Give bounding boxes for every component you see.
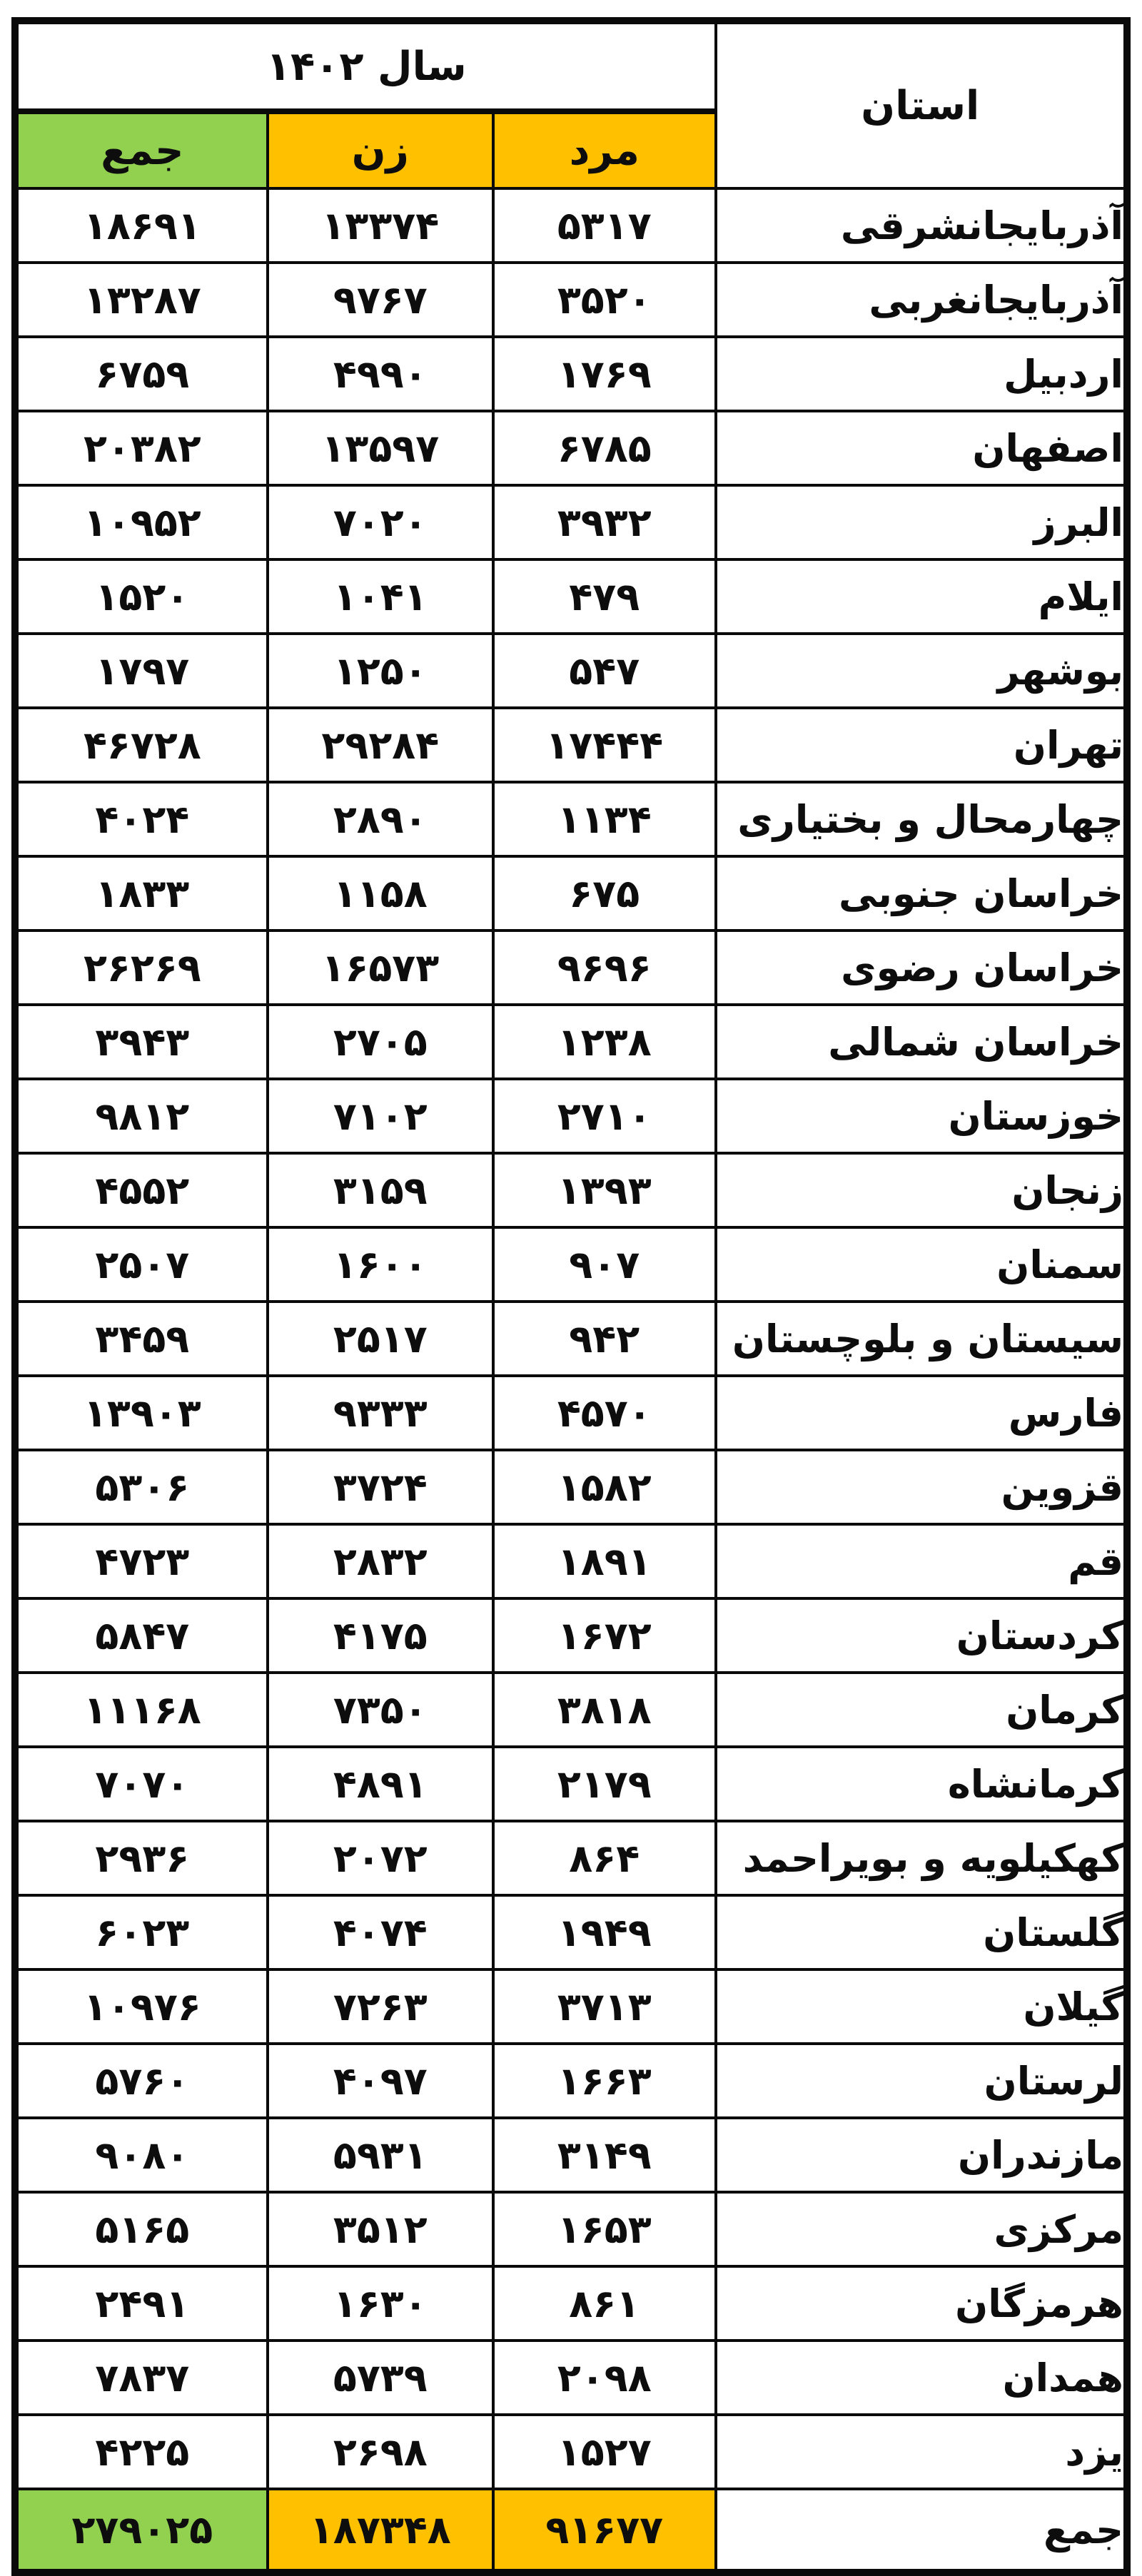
women-cell: ۲۸۳۲ <box>268 1524 493 1598</box>
total-column-header: جمع <box>15 111 268 188</box>
men-cell: ۵۴۷ <box>493 634 716 708</box>
women-cell: ۴۱۷۵ <box>268 1598 493 1673</box>
women-cell: ۱۲۵۰ <box>268 634 493 708</box>
women-cell: ۷۲۶۳ <box>268 1969 493 2044</box>
table-row: لرستان ۱۶۶۳ ۴۰۹۷ ۵۷۶۰ <box>15 2044 1127 2118</box>
table-row: ایلام ۴۷۹ ۱۰۴۱ ۱۵۲۰ <box>15 559 1127 634</box>
province-cell: چهارمحال و بختیاری <box>716 782 1127 856</box>
table-row: کرمانشاه ۲۱۷۹ ۴۸۹۱ ۷۰۷۰ <box>15 1747 1127 1821</box>
table-row: چهارمحال و بختیاری ۱۱۳۴ ۲۸۹۰ ۴۰۲۴ <box>15 782 1127 856</box>
table-row: بوشهر ۵۴۷ ۱۲۵۰ ۱۷۹۷ <box>15 634 1127 708</box>
total-cell: ۱۳۲۸۷ <box>15 263 268 337</box>
grand-total-cell: ۲۷۹۰۲۵ <box>15 2489 268 2572</box>
women-column-header: زن <box>268 111 493 188</box>
women-cell: ۲۷۰۵ <box>268 1005 493 1079</box>
women-cell: ۱۶۵۷۳ <box>268 930 493 1005</box>
table-row: کردستان ۱۶۷۲ ۴۱۷۵ ۵۸۴۷ <box>15 1598 1127 1673</box>
total-cell: ۳۴۵۹ <box>15 1302 268 1376</box>
women-cell: ۱۳۳۷۴ <box>268 188 493 263</box>
men-cell: ۱۵۸۲ <box>493 1450 716 1524</box>
men-cell: ۸۶۱ <box>493 2266 716 2341</box>
province-cell: آذربایجانغربی <box>716 263 1127 337</box>
table-row: کرمان ۳۸۱۸ ۷۳۵۰ ۱۱۱۶۸ <box>15 1673 1127 1747</box>
women-cell: ۴۰۷۴ <box>268 1895 493 1969</box>
table-row: مرکزی ۱۶۵۳ ۳۵۱۲ ۵۱۶۵ <box>15 2192 1127 2266</box>
total-cell: ۷۰۷۰ <box>15 1747 268 1821</box>
table-row: قم ۱۸۹۱ ۲۸۳۲ ۴۷۲۳ <box>15 1524 1127 1598</box>
total-cell: ۱۵۲۰ <box>15 559 268 634</box>
table-row: خراسان رضوی ۹۶۹۶ ۱۶۵۷۳ ۲۶۲۶۹ <box>15 930 1127 1005</box>
province-column-header: استان <box>716 21 1127 188</box>
women-cell: ۱۶۳۰ <box>268 2266 493 2341</box>
province-cell: یزد <box>716 2415 1127 2489</box>
women-cell: ۲۵۱۷ <box>268 1302 493 1376</box>
women-cell: ۴۸۹۱ <box>268 1747 493 1821</box>
men-column-header: مرد <box>493 111 716 188</box>
total-cell: ۴۶۷۲۸ <box>15 708 268 782</box>
total-cell: ۱۳۹۰۳ <box>15 1376 268 1450</box>
men-cell: ۹۴۲ <box>493 1302 716 1376</box>
total-cell: ۲۶۲۶۹ <box>15 930 268 1005</box>
table-row: سمنان ۹۰۷ ۱۶۰۰ ۲۵۰۷ <box>15 1227 1127 1302</box>
men-cell: ۳۱۴۹ <box>493 2118 716 2192</box>
table-body: آذربایجانشرقی ۵۳۱۷ ۱۳۳۷۴ ۱۸۶۹۱ آذربایجان… <box>15 188 1127 2489</box>
province-cell: کرمانشاه <box>716 1747 1127 1821</box>
table-row: کهکیلویه و بویراحمد ۸۶۴ ۲۰۷۲ ۲۹۳۶ <box>15 1821 1127 1895</box>
province-cell: همدان <box>716 2341 1127 2415</box>
women-cell: ۱۶۰۰ <box>268 1227 493 1302</box>
total-cell: ۴۵۵۲ <box>15 1153 268 1227</box>
women-cell: ۷۰۲۰ <box>268 485 493 559</box>
men-cell: ۱۳۹۳ <box>493 1153 716 1227</box>
province-cell: ایلام <box>716 559 1127 634</box>
province-cell: آذربایجانشرقی <box>716 188 1127 263</box>
table-row: تهران ۱۷۴۴۴ ۲۹۲۸۴ ۴۶۷۲۸ <box>15 708 1127 782</box>
women-total-cell: ۱۸۷۳۴۸ <box>268 2489 493 2572</box>
women-cell: ۵۷۳۹ <box>268 2341 493 2415</box>
province-cell: هرمزگان <box>716 2266 1127 2341</box>
women-cell: ۲۰۷۲ <box>268 1821 493 1895</box>
province-cell: خوزستان <box>716 1079 1127 1153</box>
province-cell: اصفهان <box>716 411 1127 485</box>
table-row: اصفهان ۶۷۸۵ ۱۳۵۹۷ ۲۰۳۸۲ <box>15 411 1127 485</box>
total-cell: ۱۸۳۳ <box>15 856 268 930</box>
women-cell: ۵۹۳۱ <box>268 2118 493 2192</box>
table-row: قزوین ۱۵۸۲ ۳۷۲۴ ۵۳۰۶ <box>15 1450 1127 1524</box>
province-cell: تهران <box>716 708 1127 782</box>
table-row: مازندران ۳۱۴۹ ۵۹۳۱ ۹۰۸۰ <box>15 2118 1127 2192</box>
women-cell: ۹۳۳۳ <box>268 1376 493 1450</box>
table-row: البرز ۳۹۳۲ ۷۰۲۰ ۱۰۹۵۲ <box>15 485 1127 559</box>
province-cell: گیلان <box>716 1969 1127 2044</box>
men-cell: ۱۲۳۸ <box>493 1005 716 1079</box>
table-row: خراسان جنوبی ۶۷۵ ۱۱۵۸ ۱۸۳۳ <box>15 856 1127 930</box>
province-cell: سمنان <box>716 1227 1127 1302</box>
table-row: اردبیل ۱۷۶۹ ۴۹۹۰ ۶۷۵۹ <box>15 337 1127 411</box>
total-cell: ۵۷۶۰ <box>15 2044 268 2118</box>
women-cell: ۳۷۲۴ <box>268 1450 493 1524</box>
men-cell: ۳۵۲۰ <box>493 263 716 337</box>
women-cell: ۷۳۵۰ <box>268 1673 493 1747</box>
table-row: آذربایجانشرقی ۵۳۱۷ ۱۳۳۷۴ ۱۸۶۹۱ <box>15 188 1127 263</box>
men-cell: ۵۳۱۷ <box>493 188 716 263</box>
table-row: سیستان و بلوچستان ۹۴۲ ۲۵۱۷ ۳۴۵۹ <box>15 1302 1127 1376</box>
province-cell: قم <box>716 1524 1127 1598</box>
men-cell: ۸۶۴ <box>493 1821 716 1895</box>
women-cell: ۹۷۶۷ <box>268 263 493 337</box>
table-footer: جمع ۹۱۶۷۷ ۱۸۷۳۴۸ ۲۷۹۰۲۵ <box>15 2489 1127 2572</box>
men-cell: ۶۷۵ <box>493 856 716 930</box>
men-cell: ۱۵۲۷ <box>493 2415 716 2489</box>
table-row: گلستان ۱۹۴۹ ۴۰۷۴ ۶۰۲۳ <box>15 1895 1127 1969</box>
province-cell: خراسان جنوبی <box>716 856 1127 930</box>
women-cell: ۱۰۴۱ <box>268 559 493 634</box>
totals-row: جمع ۹۱۶۷۷ ۱۸۷۳۴۸ ۲۷۹۰۲۵ <box>15 2489 1127 2572</box>
table-row: زنجان ۱۳۹۳ ۳۱۵۹ ۴۵۵۲ <box>15 1153 1127 1227</box>
men-cell: ۲۷۱۰ <box>493 1079 716 1153</box>
total-cell: ۴۲۲۵ <box>15 2415 268 2489</box>
table-row: فارس ۴۵۷۰ ۹۳۳۳ ۱۳۹۰۳ <box>15 1376 1127 1450</box>
table-row: آذربایجانغربی ۳۵۲۰ ۹۷۶۷ ۱۳۲۸۷ <box>15 263 1127 337</box>
totals-label-cell: جمع <box>716 2489 1127 2572</box>
men-cell: ۹۰۷ <box>493 1227 716 1302</box>
table-row: گیلان ۳۷۱۳ ۷۲۶۳ ۱۰۹۷۶ <box>15 1969 1127 2044</box>
total-cell: ۶۰۲۳ <box>15 1895 268 1969</box>
women-cell: ۴۰۹۷ <box>268 2044 493 2118</box>
table-row: خوزستان ۲۷۱۰ ۷۱۰۲ ۹۸۱۲ <box>15 1079 1127 1153</box>
women-cell: ۴۹۹۰ <box>268 337 493 411</box>
province-cell: کرمان <box>716 1673 1127 1747</box>
total-cell: ۲۰۳۸۲ <box>15 411 268 485</box>
total-cell: ۵۳۰۶ <box>15 1450 268 1524</box>
province-cell: قزوین <box>716 1450 1127 1524</box>
total-cell: ۲۴۹۱ <box>15 2266 268 2341</box>
total-cell: ۴۷۲۳ <box>15 1524 268 1598</box>
women-cell: ۳۱۵۹ <box>268 1153 493 1227</box>
women-cell: ۱۱۵۸ <box>268 856 493 930</box>
province-cell: خراسان شمالی <box>716 1005 1127 1079</box>
total-cell: ۲۹۳۶ <box>15 1821 268 1895</box>
men-cell: ۱۶۵۳ <box>493 2192 716 2266</box>
women-cell: ۲۹۲۸۴ <box>268 708 493 782</box>
total-cell: ۹۸۱۲ <box>15 1079 268 1153</box>
men-cell: ۴۷۹ <box>493 559 716 634</box>
total-cell: ۵۱۶۵ <box>15 2192 268 2266</box>
men-cell: ۱۷۴۴۴ <box>493 708 716 782</box>
men-cell: ۳۸۱۸ <box>493 1673 716 1747</box>
total-cell: ۱۷۹۷ <box>15 634 268 708</box>
total-cell: ۱۰۹۷۶ <box>15 1969 268 2044</box>
men-cell: ۱۷۶۹ <box>493 337 716 411</box>
province-cell: زنجان <box>716 1153 1127 1227</box>
total-cell: ۱۱۱۶۸ <box>15 1673 268 1747</box>
province-cell: خراسان رضوی <box>716 930 1127 1005</box>
table-row: یزد ۱۵۲۷ ۲۶۹۸ ۴۲۲۵ <box>15 2415 1127 2489</box>
total-cell: ۹۰۸۰ <box>15 2118 268 2192</box>
women-cell: ۲۶۹۸ <box>268 2415 493 2489</box>
men-cell: ۴۵۷۰ <box>493 1376 716 1450</box>
year-header-row: استان سال ۱۴۰۲ <box>15 21 1127 111</box>
year-header: سال ۱۴۰۲ <box>15 21 716 111</box>
province-cell: مرکزی <box>716 2192 1127 2266</box>
total-cell: ۶۷۵۹ <box>15 337 268 411</box>
total-cell: ۵۸۴۷ <box>15 1598 268 1673</box>
total-cell: ۲۵۰۷ <box>15 1227 268 1302</box>
table-header: استان سال ۱۴۰۲ مرد زن جمع <box>15 21 1127 188</box>
province-cell: مازندران <box>716 2118 1127 2192</box>
province-cell: البرز <box>716 485 1127 559</box>
province-cell: بوشهر <box>716 634 1127 708</box>
men-cell: ۱۸۹۱ <box>493 1524 716 1598</box>
men-cell: ۲۱۷۹ <box>493 1747 716 1821</box>
table-row: همدان ۲۰۹۸ ۵۷۳۹ ۷۸۳۷ <box>15 2341 1127 2415</box>
province-cell: اردبیل <box>716 337 1127 411</box>
scanned-statistics-table-page: استان سال ۱۴۰۲ مرد زن جمع آذربایجانشرقی … <box>0 0 1142 2546</box>
province-cell: لرستان <box>716 2044 1127 2118</box>
women-cell: ۲۸۹۰ <box>268 782 493 856</box>
men-cell: ۳۹۳۲ <box>493 485 716 559</box>
table-row: هرمزگان ۸۶۱ ۱۶۳۰ ۲۴۹۱ <box>15 2266 1127 2341</box>
total-cell: ۴۰۲۴ <box>15 782 268 856</box>
men-cell: ۱۶۶۳ <box>493 2044 716 2118</box>
men-cell: ۱۱۳۴ <box>493 782 716 856</box>
men-total-cell: ۹۱۶۷۷ <box>493 2489 716 2572</box>
women-cell: ۳۵۱۲ <box>268 2192 493 2266</box>
province-cell: گلستان <box>716 1895 1127 1969</box>
men-cell: ۱۶۷۲ <box>493 1598 716 1673</box>
men-cell: ۶۷۸۵ <box>493 411 716 485</box>
province-gender-table: استان سال ۱۴۰۲ مرد زن جمع آذربایجانشرقی … <box>11 17 1131 2576</box>
province-cell: سیستان و بلوچستان <box>716 1302 1127 1376</box>
total-cell: ۱۰۹۵۲ <box>15 485 268 559</box>
women-cell: ۱۳۵۹۷ <box>268 411 493 485</box>
total-cell: ۷۸۳۷ <box>15 2341 268 2415</box>
women-cell: ۷۱۰۲ <box>268 1079 493 1153</box>
men-cell: ۳۷۱۳ <box>493 1969 716 2044</box>
total-cell: ۱۸۶۹۱ <box>15 188 268 263</box>
province-cell: کهکیلویه و بویراحمد <box>716 1821 1127 1895</box>
men-cell: ۲۰۹۸ <box>493 2341 716 2415</box>
table-row: خراسان شمالی ۱۲۳۸ ۲۷۰۵ ۳۹۴۳ <box>15 1005 1127 1079</box>
men-cell: ۱۹۴۹ <box>493 1895 716 1969</box>
men-cell: ۹۶۹۶ <box>493 930 716 1005</box>
total-cell: ۳۹۴۳ <box>15 1005 268 1079</box>
province-cell: فارس <box>716 1376 1127 1450</box>
province-cell: کردستان <box>716 1598 1127 1673</box>
